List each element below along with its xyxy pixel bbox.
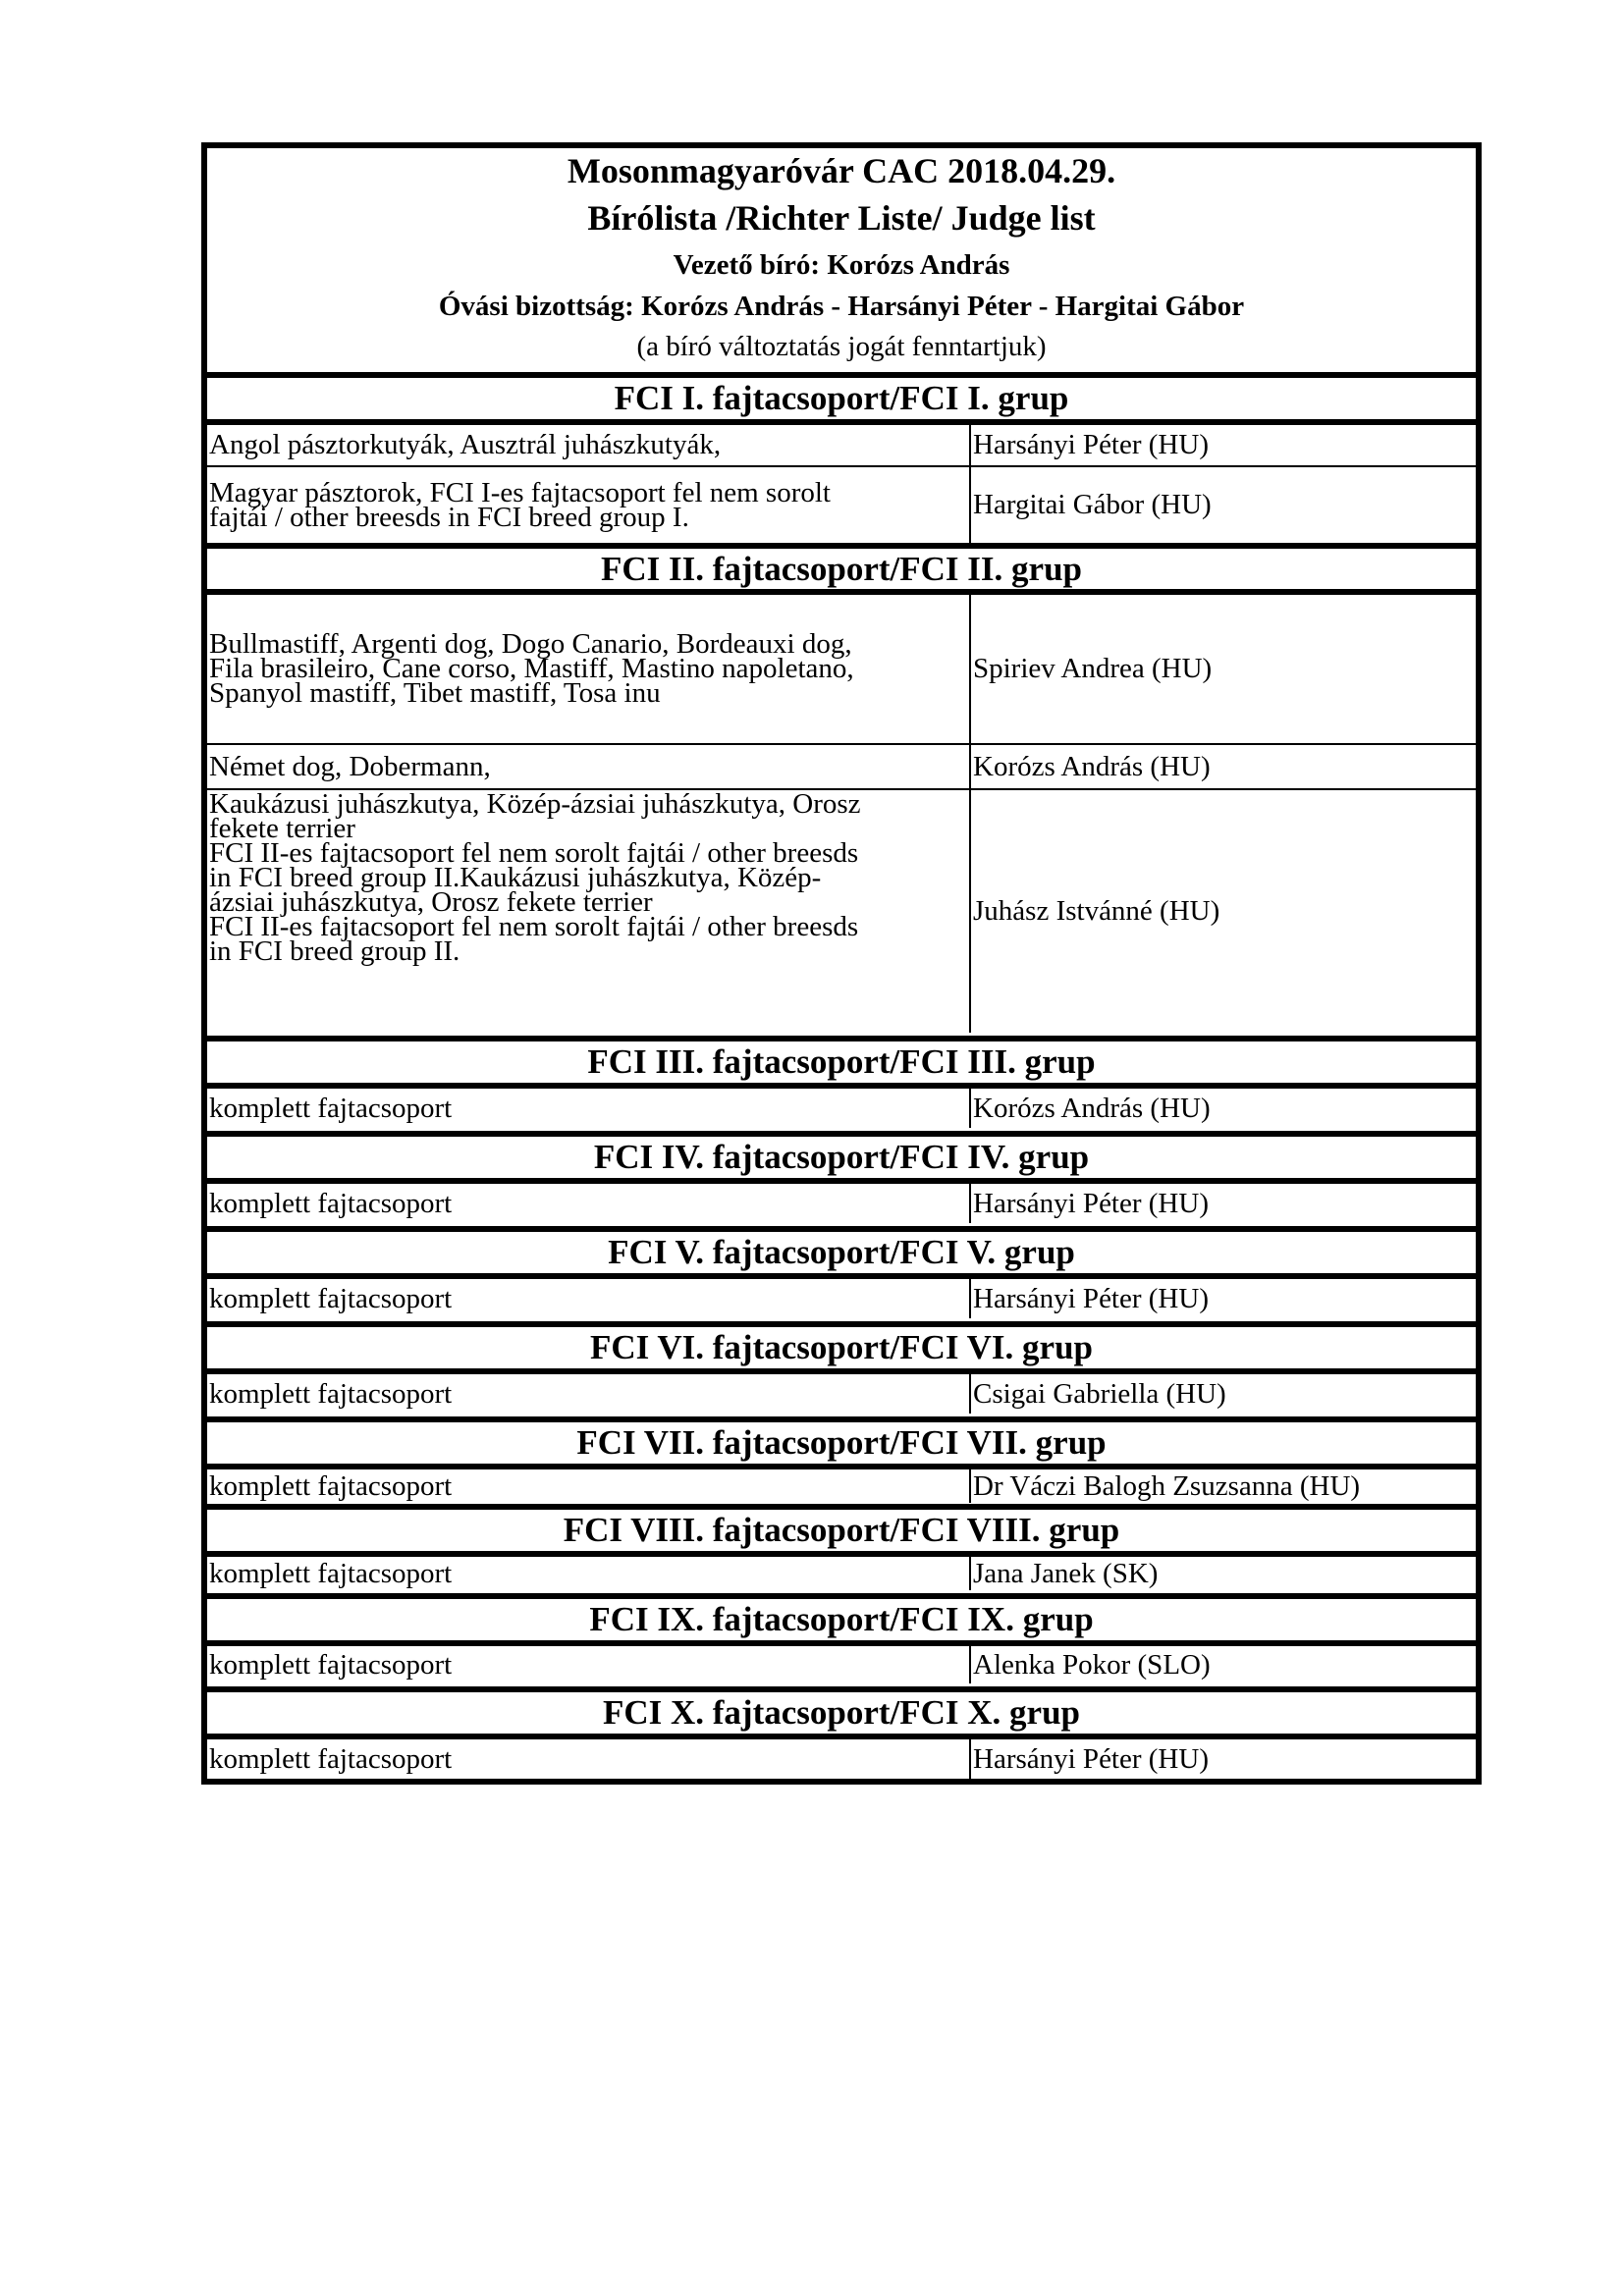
judge-row: komplett fajtacsoportHarsányi Péter (HU) [207, 1273, 1476, 1318]
breeds-cell: Magyar pásztorok, FCI I-es fajtacsoport … [207, 467, 969, 543]
judge-cell: Harsányi Péter (HU) [969, 1279, 1476, 1318]
breeds-cell: komplett fajtacsoport [207, 1469, 969, 1503]
breeds-cell: komplett fajtacsoport [207, 1184, 969, 1223]
judge-cell: Dr Váczi Balogh Zsuzsanna (HU) [969, 1469, 1476, 1503]
group-header: FCI V. fajtacsoport/FCI V. grup [207, 1226, 1476, 1273]
judge-cell: Jana Janek (SK) [969, 1557, 1476, 1590]
judge-row: Angol pásztorkutyák, Ausztrál juhászkuty… [207, 419, 1476, 465]
breeds-cell: komplett fajtacsoport [207, 1279, 969, 1318]
document-header: Mosonmagyaróvár CAC 2018.04.29. Bírólist… [207, 148, 1476, 372]
judge-list-table: Mosonmagyaróvár CAC 2018.04.29. Bírólist… [201, 142, 1482, 1785]
judge-row: Magyar pásztorok, FCI I-es fajtacsoport … [207, 465, 1476, 543]
judge-row: komplett fajtacsoportAlenka Pokor (SLO) [207, 1640, 1476, 1683]
breeds-cell: Angol pásztorkutyák, Ausztrál juhászkuty… [207, 425, 969, 465]
breeds-cell: komplett fajtacsoport [207, 1557, 969, 1590]
judge-cell: Korózs András (HU) [969, 1089, 1476, 1128]
group-header: FCI VII. fajtacsoport/FCI VII. grup [207, 1416, 1476, 1464]
judge-cell: Korózs András (HU) [969, 745, 1476, 788]
group-header: FCI VIII. fajtacsoport/FCI VIII. grup [207, 1504, 1476, 1551]
judge-cell: Csigai Gabriella (HU) [969, 1374, 1476, 1414]
judge-row: komplett fajtacsoportJana Janek (SK) [207, 1551, 1476, 1590]
breeds-cell: komplett fajtacsoport [207, 1089, 969, 1128]
protest-committee: Óvási bizottság: Korózs András - Harsány… [207, 291, 1476, 323]
document-subtitle: Bírólista /Richter Liste/ Judge list [207, 197, 1476, 239]
document-title: Mosonmagyaróvár CAC 2018.04.29. [207, 150, 1476, 191]
head-judge: Vezető bíró: Korózs András [207, 249, 1476, 282]
judge-cell: Hargitai Gábor (HU) [969, 467, 1476, 543]
judge-row: komplett fajtacsoportDr Váczi Balogh Zsu… [207, 1464, 1476, 1503]
breeds-cell: Kaukázusi juhászkutya, Közép-ázsiai juhá… [207, 790, 969, 1033]
group-header: FCI I. fajtacsoport/FCI I. grup [207, 372, 1476, 419]
breeds-cell: Német dog, Dobermann, [207, 745, 969, 788]
group-header: FCI IX. fajtacsoport/FCI IX. grup [207, 1593, 1476, 1640]
breeds-cell: Bullmastiff, Argenti dog, Dogo Canario, … [207, 595, 969, 743]
judge-row: komplett fajtacsoportKorózs András (HU) [207, 1083, 1476, 1128]
group-header: FCI X. fajtacsoport/FCI X. grup [207, 1686, 1476, 1734]
judge-cell: Harsányi Péter (HU) [969, 1184, 1476, 1223]
judge-row: komplett fajtacsoportHarsányi Péter (HU) [207, 1734, 1476, 1779]
group-header: FCI VI. fajtacsoport/FCI VI. grup [207, 1321, 1476, 1368]
group-header: FCI IV. fajtacsoport/FCI IV. grup [207, 1131, 1476, 1178]
breeds-cell: komplett fajtacsoport [207, 1739, 969, 1779]
judge-cell: Spiriev Andrea (HU) [969, 595, 1476, 743]
breeds-cell: komplett fajtacsoport [207, 1374, 969, 1414]
judge-row: komplett fajtacsoportHarsányi Péter (HU) [207, 1178, 1476, 1223]
judge-row: Bullmastiff, Argenti dog, Dogo Canario, … [207, 589, 1476, 743]
judge-row: komplett fajtacsoportCsigai Gabriella (H… [207, 1368, 1476, 1414]
judge-cell: Juhász Istvánné (HU) [969, 790, 1476, 1033]
judge-cell: Harsányi Péter (HU) [969, 425, 1476, 465]
disclaimer-note: (a bíró változtatás jogát fenntartjuk) [207, 331, 1476, 363]
group-header: FCI II. fajtacsoport/FCI II. grup [207, 543, 1476, 589]
judge-row: Kaukázusi juhászkutya, Közép-ázsiai juhá… [207, 788, 1476, 1033]
group-header: FCI III. fajtacsoport/FCI III. grup [207, 1036, 1476, 1083]
judge-row: Német dog, Dobermann,Korózs András (HU) [207, 743, 1476, 788]
breeds-cell: komplett fajtacsoport [207, 1646, 969, 1683]
judge-cell: Alenka Pokor (SLO) [969, 1646, 1476, 1683]
judge-cell: Harsányi Péter (HU) [969, 1739, 1476, 1779]
